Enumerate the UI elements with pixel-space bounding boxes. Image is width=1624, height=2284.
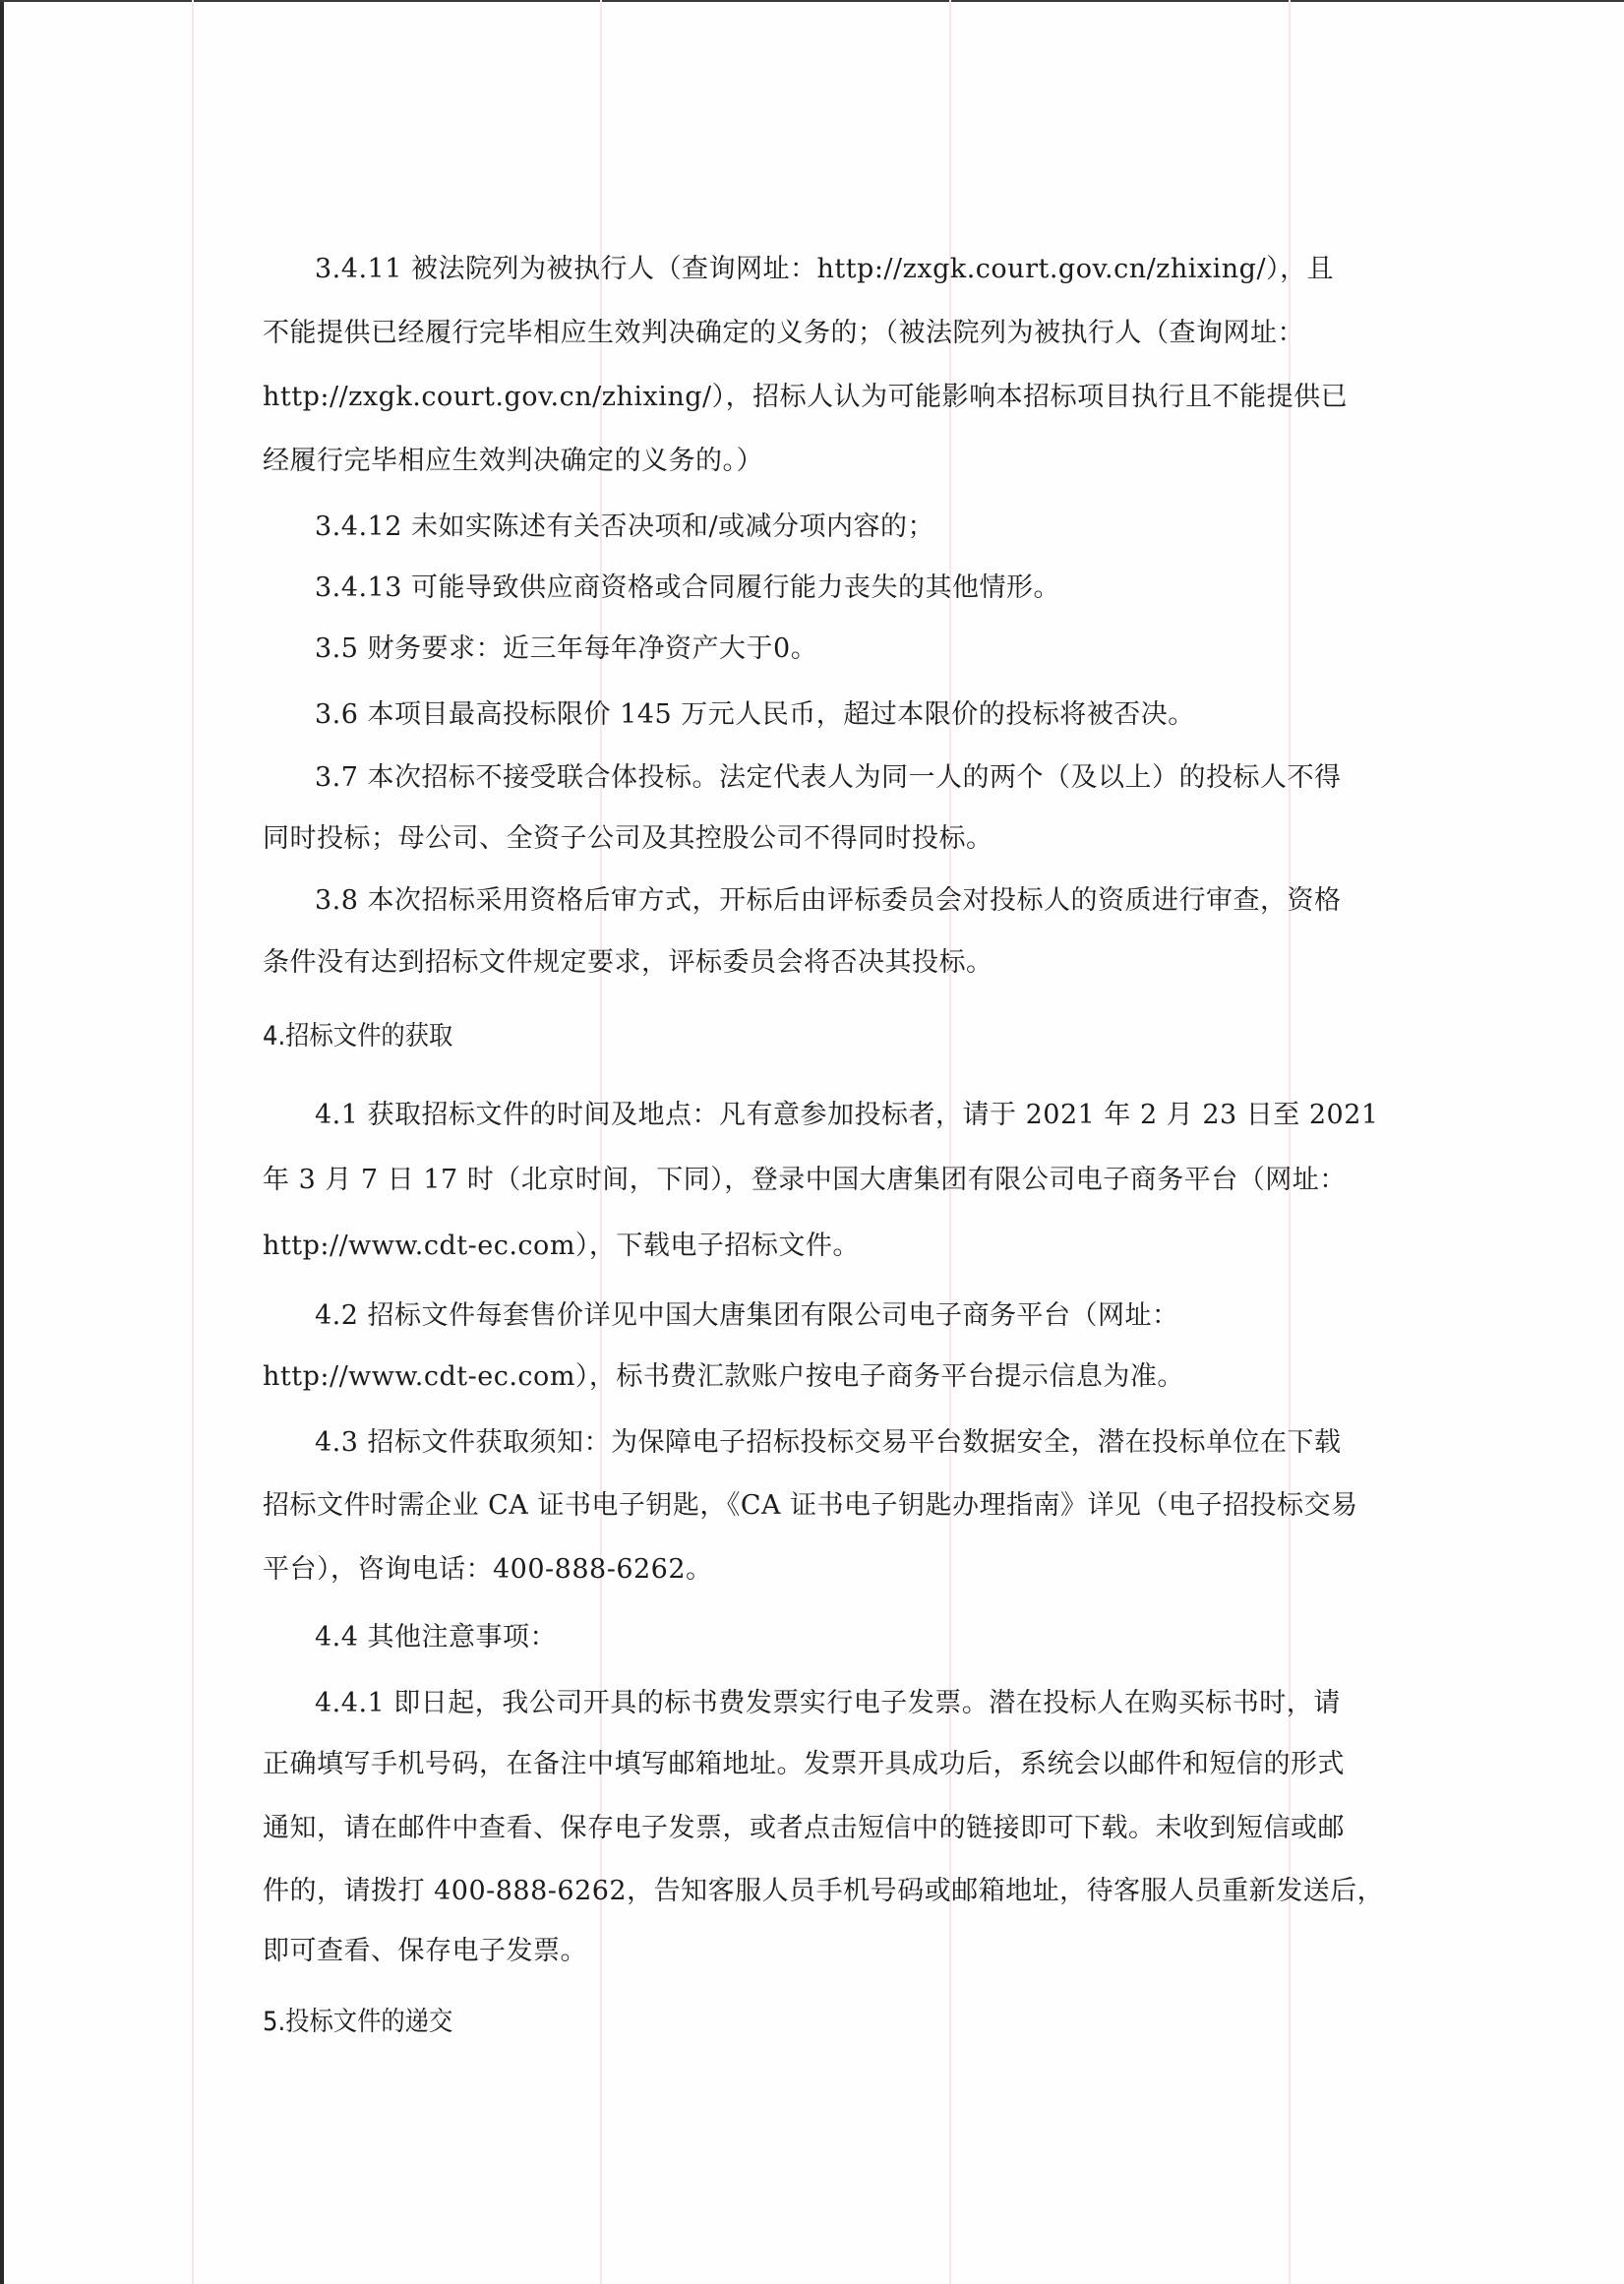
scan-edge-left [0,0,4,2284]
clause-4-3-line-2: 招标文件时需企业 CA 证书电子钥匙，《CA 证书电子钥匙办理指南》详见（电子招… [263,1489,1358,1523]
clause-4-3-line-3: 平台），咨询电话：400-888-6262。 [263,1553,713,1587]
clause-3-4-11-line-1: 3.4.11 被法院列为被执行人（查询网址：http://zxgk.court.… [315,253,1334,286]
clause-4-4-1-line-4: 件的，请拨打 400-888-6262，告知客服人员手机号码或邮箱地址，待客服人… [263,1875,1384,1908]
clause-4-4-1-line-3: 通知，请在邮件中查看、保存电子发票，或者点击短信中的链接即可下载。未收到短信或邮 [263,1812,1345,1845]
clause-4-3-line-1: 4.3 招标文件获取须知：为保障电子招标投标交易平台数据安全，潜在投标单位在下载 [315,1426,1342,1460]
clause-3-4-13: 3.4.13 可能导致供应商资格或合同履行能力丧失的其他情形。 [315,571,1060,605]
scan-edge-top [0,0,1624,2]
clause-4-1-line-2: 年 3 月 7 日 17 时（北京时间，下同），登录中国大唐集团有限公司电子商务… [263,1164,1347,1197]
clause-3-8-line-2: 条件没有达到招标文件规定要求，评标委员会将否决其投标。 [263,946,993,980]
section-heading-4: 4.招标文件的获取 [263,1020,452,1053]
clause-4-4-1-line-2: 正确填写手机号码，在备注中填写邮箱地址。发票开具成功后，系统会以邮件和短信的形式 [263,1748,1345,1781]
clause-4-4-1-line-1: 4.4.1 即日起，我公司开具的标书费发票实行电子发票。潜在投标人在购买标书时，… [315,1687,1341,1720]
clause-3-7-line-1: 3.7 本次招标不接受联合体投标。法定代表人为同一人的两个（及以上）的投标人不得 [315,761,1342,795]
clause-4-2-line-2: http://www.cdt-ec.com），标书费汇款账户按电子商务平台提示信… [263,1360,1184,1394]
clause-3-4-11-line-2: 不能提供已经履行完毕相应生效判决确定的义务的；（被法院列为被执行人（查询网址： [263,317,1304,350]
clause-4-4: 4.4 其他注意事项： [315,1621,557,1654]
scan-artifact-line [192,0,194,2284]
clause-3-4-11-line-4: 经履行完毕相应生效判决确定的义务的。） [263,445,763,478]
clause-3-5: 3.5 财务要求：近三年每年净资产大于0。 [315,632,817,666]
clause-4-4-1-line-5: 即可查看、保存电子发票。 [263,1935,587,1968]
clause-3-6: 3.6 本项目最高投标限价 145 万元人民币，超过本限价的投标将被否决。 [315,698,1195,732]
section-heading-5: 5.投标文件的递交 [263,2006,452,2039]
clause-4-1-line-1: 4.1 获取招标文件的时间及地点：凡有意参加投标者，请于 2021 年 2 月 … [315,1099,1379,1132]
clause-3-8-line-1: 3.8 本次招标采用资格后审方式，开标后由评标委员会对投标人的资质进行审查，资格 [315,884,1342,918]
clause-4-1-line-3: http://www.cdt-ec.com），下载电子招标文件。 [263,1230,860,1263]
clause-3-4-11-line-3: http://zxgk.court.gov.cn/zhixing/），招标人认为… [263,381,1348,414]
clause-4-2-line-1: 4.2 招标文件每套售价详见中国大唐集团有限公司电子商务平台（网址： [315,1299,1179,1333]
clause-3-4-12: 3.4.12 未如实陈述有关否决项和/或减分项内容的； [315,511,934,544]
clause-3-7-line-2: 同时投标；母公司、全资子公司及其控股公司不得同时投标。 [263,822,993,856]
